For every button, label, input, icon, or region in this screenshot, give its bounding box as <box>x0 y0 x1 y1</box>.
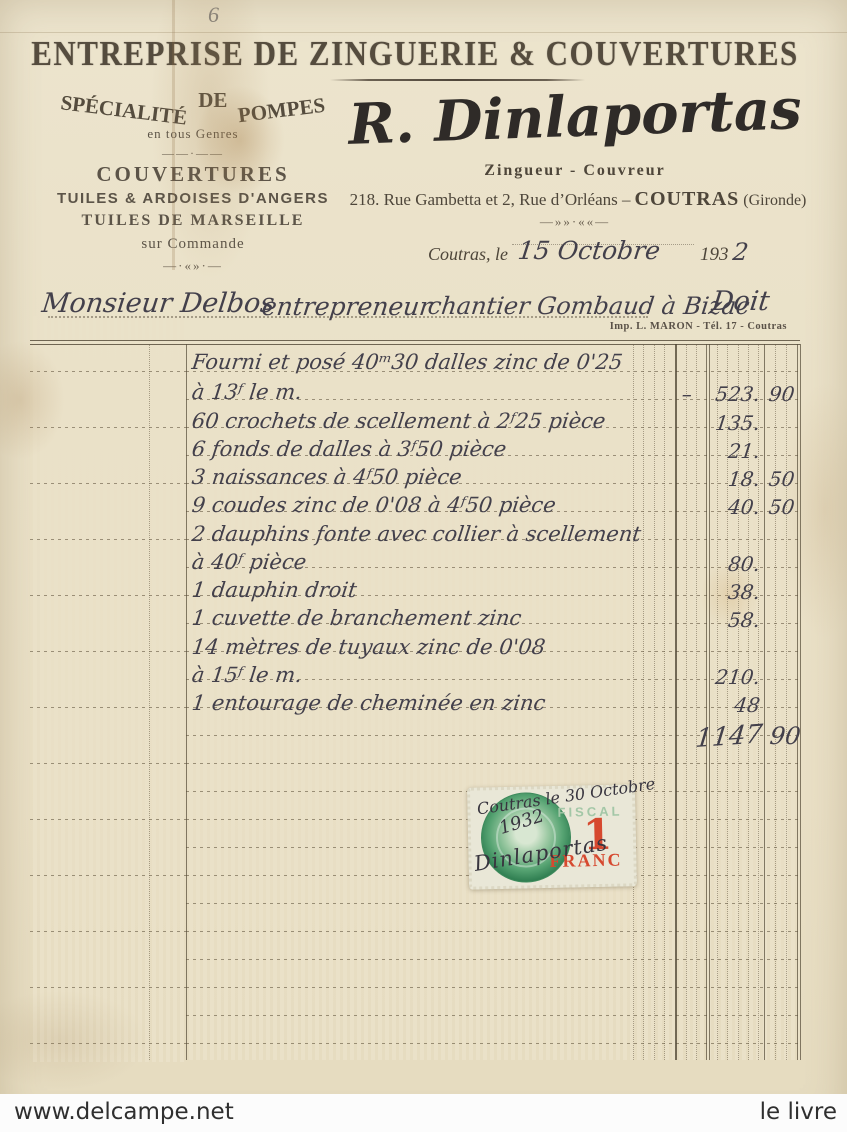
item-francs: 38. <box>699 580 762 604</box>
address-line: 218. Rue Gambetta et 2, Rue d’Orléans – … <box>338 188 818 211</box>
item-centimes: 90 <box>768 382 799 406</box>
item-francs: 40. <box>699 495 762 519</box>
item-francs: 210. <box>699 665 762 689</box>
left-divider-1: ——·—— <box>48 146 338 161</box>
specialty-word-3: POMPES <box>237 93 327 128</box>
item-description: 1 dauphin droit <box>191 578 359 602</box>
item-description: à 13ᶠ le m. <box>191 380 304 404</box>
invoice-document: 6 ENTREPRISE DE ZINGUERIE & COUVERTURES … <box>0 0 847 1132</box>
doit-label: Doit <box>710 286 771 317</box>
left-line-tuiles-ardoises: TUILES & ARDOISES D'ANGERS <box>30 190 356 207</box>
grid-rule <box>786 344 787 1060</box>
description-left-rule <box>186 344 187 1060</box>
item-description: Fourni et posé 40ᵐ30 dalles zinc de 0'25 <box>191 350 624 374</box>
left-line-sur-commande: sur Commande <box>48 236 338 253</box>
total-centimes: 90 <box>768 722 802 750</box>
item-francs: 21. <box>699 439 762 463</box>
centimes-column-rule <box>764 344 765 1060</box>
ledger-top-rule <box>30 340 800 345</box>
watermark-left: www.delcampe.net <box>14 1099 234 1125</box>
specialty-word-2: DE <box>198 88 227 113</box>
item-description: 6 fonds de dalles à 3ᶠ50 pièce <box>191 437 508 461</box>
date-handwritten: 15 Octobre <box>516 236 662 265</box>
right-edge-rule <box>797 344 798 1060</box>
address-divider: —»»·««— <box>440 214 710 230</box>
item-description: à 40ᶠ pièce <box>191 550 308 574</box>
grid-rule <box>664 344 665 1060</box>
item-description: 1 entourage de cheminée en zinc <box>191 691 547 715</box>
money-column-rule <box>675 344 677 1060</box>
ledger-margin-ruling <box>30 316 186 1062</box>
watermark-bar: www.delcampe.net le livre <box>0 1094 847 1132</box>
item-centimes: 50 <box>768 495 799 519</box>
address-street: 218. Rue Gambetta et 2, Rue d’Orléans – <box>350 190 631 209</box>
item-description: 9 coudes zinc de 0'08 à 4ᶠ50 pièce <box>191 493 558 517</box>
watermark-right: le livre <box>760 1099 837 1125</box>
pencil-note: 6 <box>208 2 219 28</box>
addressee-role: entrepreneur <box>260 292 433 321</box>
proprietor-name: R. Dinlaportas <box>339 76 811 158</box>
date-printed-city: Coutras, le <box>428 244 508 265</box>
item-francs: 48 <box>699 693 762 717</box>
item-francs: 523. <box>699 382 762 406</box>
item-description: à 15ᶠ le m. <box>191 663 304 687</box>
item-francs: 80. <box>699 552 762 576</box>
address-city: COUTRAS <box>635 188 740 210</box>
grid-rule <box>775 344 776 1060</box>
right-edge-rule <box>800 344 801 1060</box>
year-printed: 193 <box>700 244 729 266</box>
specialty-subline: en tous Genres <box>48 126 338 142</box>
specialty-arched-text: SPÉCIALITÉ DE POMPES <box>48 92 338 117</box>
specialty-word-1: SPÉCIALITÉ <box>59 90 188 130</box>
addressee-site: chantier Gombaud à Bizac <box>426 292 751 320</box>
profession-line: Zingueur - Couvreur <box>420 162 730 180</box>
item-francs: 58. <box>699 608 762 632</box>
total-francs: 1147 <box>686 719 764 754</box>
grid-rule <box>654 344 655 1060</box>
headline-flourish <box>330 79 585 81</box>
fiscal-stamp: FISCAL 1 FRANC Coutras le 30 Octobre 193… <box>467 784 637 889</box>
item-centimes: 50 <box>768 467 799 491</box>
left-divider-2: —·«»·— <box>48 258 338 274</box>
left-line-tuiles-marseille: TUILES DE MARSEILLE <box>48 212 338 230</box>
company-headline: ENTREPRISE DE ZINGUERIE & COUVERTURES <box>20 34 810 74</box>
paper-crease <box>0 32 847 33</box>
printer-credit: Imp. L. MARON - Tél. 17 - Coutras <box>610 321 787 332</box>
grid-rule <box>686 344 687 1060</box>
grid-rule <box>643 344 644 1060</box>
paper-crease <box>172 0 175 270</box>
margin-rule <box>149 344 150 1060</box>
grid-rule <box>633 344 634 1060</box>
item-description: 60 crochets de scellement à 2ᶠ25 pièce <box>191 409 607 433</box>
item-description: 2 dauphins fonte avec collier à scelleme… <box>191 522 643 546</box>
item-description: 3 naissances à 4ᶠ50 pièce <box>191 465 464 489</box>
item-francs: 135. <box>699 411 762 435</box>
year-handwritten-digit: 2 <box>731 238 750 266</box>
addressee-name: Monsieur Delbos <box>40 288 276 319</box>
left-line-couvertures: COUVERTURES <box>48 162 338 187</box>
item-description: 14 mètres de tuyaux zinc de 0'08 <box>191 635 547 659</box>
item-francs: 18. <box>699 467 762 491</box>
address-dept: (Gironde) <box>743 192 806 209</box>
item-description: 1 cuvette de branchement zinc <box>191 606 523 630</box>
grid-rule <box>696 344 697 1060</box>
